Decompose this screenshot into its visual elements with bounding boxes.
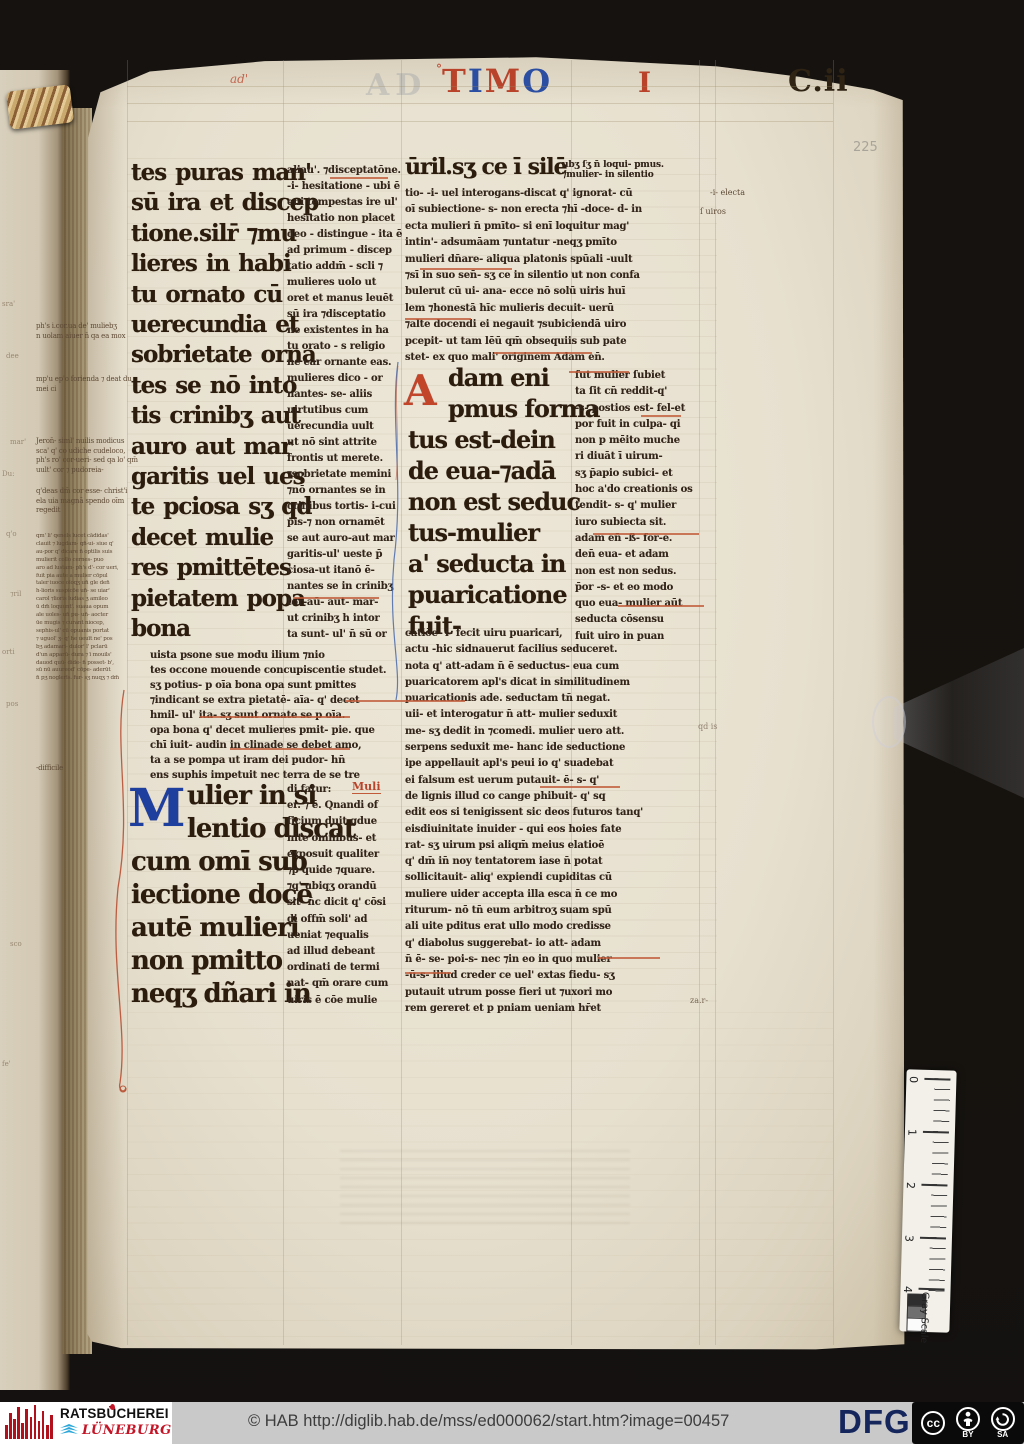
text-line: exposuit qualiter <box>287 847 407 863</box>
penwork-flourish-blue <box>388 360 406 705</box>
text-line: ulier in si <box>131 780 289 813</box>
pencil-foliation: 225 <box>853 140 878 155</box>
gloss-col3-top: tio- -i- uel interogans-discat q' ignora… <box>405 186 705 366</box>
bible-text-col1: tes puras man'sū ira et disceptione.silr… <box>131 158 291 645</box>
text-line: ū dm̄ loquunt'. suaua opum <box>36 604 130 612</box>
text-line: dauod quū- dide- n̄ posset- b', <box>36 660 130 668</box>
text-line: intin'- adsumāam ⁊untatur -neqʒ pmīto <box>405 235 705 251</box>
digitized-manuscript-view: sra'deemar'Du:q'o⁊rilortiposscofe' ad' A… <box>0 0 1024 1444</box>
text-line: cum omī sub <box>131 846 289 879</box>
cc-license-badge[interactable]: cc BY SA <box>912 1402 1024 1444</box>
decoration <box>618 605 704 607</box>
text-line: actu -hic sidnauerut facilius seduceret. <box>405 642 705 658</box>
left-margin-gloss: -difficile <box>36 764 130 774</box>
text-line: auro aut mar <box>131 432 291 462</box>
quire-mark: ad' <box>230 72 248 86</box>
library-city: LÜNEBURG <box>82 1423 172 1438</box>
text-line: h-lioris suspicōe un̄- se uiar' <box>36 588 130 596</box>
text-line: nat- qm̄ orare cum <box>287 976 407 992</box>
text-line: hoc a'do creationis os <box>575 482 705 498</box>
decoration <box>405 318 471 320</box>
running-title: °TIMO <box>436 62 552 100</box>
text-line: mei ci <box>36 385 130 395</box>
text-line: oret et manus leuēt <box>287 291 405 307</box>
bible-text-adam: dam enipmus formatus est-deinde eua-⁊adā… <box>408 362 573 641</box>
text-line: pietatem popa <box>131 584 291 614</box>
text-line: aro ad lustam- ph's d'- cor ueri, <box>36 565 130 573</box>
penwork-flourish-red <box>110 688 136 1098</box>
text-line: taler iuoce oīoqʒ un̄ gle den̄ <box>36 580 130 588</box>
text-line: opa bona q' decet mulieres pmit- pie. qu… <box>150 723 406 738</box>
text-line: bulerut cū ui- ana- ecce nō solū uiris h… <box>405 284 705 300</box>
text-line: n̄ pʒ noglerīs. fur- sʒ nuqʒ ⁊ dm̄ <box>36 675 130 683</box>
facing-page-text-fragment: pos <box>6 700 18 708</box>
text-line: ordinati de termi <box>287 960 407 976</box>
title-char-I: I <box>468 62 485 100</box>
text-line: -s- postios est- fel-et <box>575 401 705 417</box>
ruler-major-tick <box>923 1131 949 1134</box>
decoration <box>641 415 681 417</box>
text-line: n uolam aiuer n̄ qa ea mox <box>36 332 130 342</box>
text-line: ta ſit cn̄ reddit-q' <box>575 384 705 400</box>
text-line: neqʒ dñari in <box>131 978 289 1011</box>
decoration <box>598 957 660 959</box>
decoration <box>345 700 465 702</box>
text-line: ali uite pditus erat ullo modo credisse <box>405 919 705 935</box>
gloss-col2-lower: di fatur:er. ⁊ ē. Qnandi officium duit g… <box>287 782 407 1009</box>
text-line: tus-mulier <box>408 517 573 548</box>
text-line: catiōe- i- fecit uiru puaricari, <box>405 626 705 642</box>
text-line: me- sʒ dedit in ⁊comedi. mulier uero att… <box>405 724 705 740</box>
text-line: fuit pia aute a mulier cōpul <box>36 573 130 581</box>
facing-page-text-fragment: fe' <box>2 1060 11 1068</box>
text-line: res pmittētes <box>131 553 291 583</box>
decoration <box>420 268 512 270</box>
ruler-tick-label: 0 <box>907 1076 920 1088</box>
text-line: aīe uoles- un̄ pu- un̄- aocter <box>36 612 130 620</box>
text-line: clauit ⁊ lugdam- qn̄-ui- siue q' <box>36 541 130 549</box>
gloss-bottom-wide: catiōe- i- fecit uiru puaricari,actu -hi… <box>405 626 705 1017</box>
text-line: sʒ p̄apio subici- et <box>575 466 705 482</box>
text-line: n̄ ē- se- poi-s- nec ⁊in eo in quo mulie… <box>405 952 705 968</box>
right-margin-note-3: qd is <box>698 722 717 731</box>
by-label: BY <box>962 1431 973 1439</box>
decoration <box>230 748 350 750</box>
text-line: lem ⁊honestā hīc mulieris decuit- uerū <box>405 301 705 317</box>
text-line: ūe mugis ⁊ curant niocep, <box>36 620 130 628</box>
text-line: sū ira et discep <box>131 188 291 218</box>
book-numeral: I <box>638 66 653 99</box>
text-line: tes occone mouende concupiscentie studet… <box>150 663 406 678</box>
left-margin-gloss: mp'u ep'o forienda ⁊ deat dumei ci <box>36 375 130 394</box>
text-line: oī subiectione- s- non erecta ⁊hī -doce-… <box>405 202 705 218</box>
text-line: uii- et interogatur n̄ att- mulier sedux… <box>405 707 705 723</box>
text-line: ⁊p quide ⁊quare. <box>287 863 407 879</box>
text-line: mulierit collo cernes- puo <box>36 557 130 565</box>
bible-text-col3-line1: ūril.sʒ ce ī silē <box>405 152 567 183</box>
col3-catchwords: ubʒ ſʒ n̄ loqui- pmus.⁊mulier- in silent… <box>562 160 664 180</box>
text-line: sʒ potius- p oīa bona opa sunt pmittes <box>150 678 406 693</box>
title-char-O: O <box>522 62 552 100</box>
text-line: ⁊q' ubiqʒ orandū <box>287 879 407 895</box>
grayscale-ruler: 0 1 2 3 4 Gray Scale <box>899 1069 956 1332</box>
binding-headband <box>6 84 74 130</box>
logo-bars-icon <box>5 1407 53 1439</box>
text-line: mulieres uolo ut <box>287 275 405 291</box>
decoration <box>494 352 592 354</box>
text-line: ela uia magnā spendo oīm <box>36 497 130 507</box>
text-line: rem gereret et p pniam ueniam hr̄et <box>405 1001 705 1017</box>
text-line: puaricatione <box>408 579 573 610</box>
text-line: uiris ē cōe mulie <box>287 993 407 1009</box>
text-line: edit eos si tenigissent sic deos futuros… <box>405 805 705 821</box>
text-line: ph's i.cor.ua de' muliebʒ <box>36 322 130 332</box>
cc-sa-icon: SA <box>991 1407 1015 1439</box>
decoration <box>127 86 833 87</box>
text-line: qm' li' qenels lucet cādidas' <box>36 533 130 541</box>
text-line: sca' q' co udiche cudeloco, <box>36 447 130 457</box>
text-line: non p mēito muche <box>575 433 705 449</box>
cc-by-icon: BY <box>956 1407 980 1439</box>
ink-showthrough <box>340 1150 630 1230</box>
text-line: ph's ro' cor-ueri- sed qa lo' qm̄ <box>36 456 130 466</box>
title-char-T: T <box>442 62 468 100</box>
text-line: mp'u ep'o forienda ⁊ deat du <box>36 375 130 385</box>
facing-page-text-fragment: mar' <box>10 438 26 446</box>
text-line: pcepit- ut tam lēū qm̄ obsequiis sub pat… <box>405 334 705 350</box>
decoration <box>540 786 620 788</box>
text-line: uult' cor ⁊ pudoreia- <box>36 466 130 476</box>
text-line: tio- -i- uel interogans-discat q' ignora… <box>405 186 705 202</box>
text-line: di fatur: <box>287 782 407 798</box>
folio-mark: C.ii <box>788 64 849 99</box>
page-holder-clip <box>872 696 906 748</box>
left-margin-gloss: Jeron̄- siml' nuilis modicussca' q' co u… <box>36 437 130 475</box>
text-line: mulieri dn̄are- aliqua platonis spūali -… <box>405 252 705 268</box>
right-margin-note-4: za.r- <box>690 996 708 1005</box>
text-line: ad illud debeant <box>287 944 407 960</box>
ruler-tick-label: 3 <box>902 1235 915 1247</box>
text-line: tu ornato cū <box>131 280 291 310</box>
text-line: iuro subiecta sit. <box>575 515 705 531</box>
text-line: de lignis illud co cange phibuit- q' sq <box>405 789 705 805</box>
title-char-M: M <box>485 62 522 100</box>
text-line: nite omnibus- et <box>287 831 407 847</box>
decoration <box>293 597 379 599</box>
text-line: ipe appellauit apl's peui io q' suadebat <box>405 756 705 772</box>
right-margin-note-1: -i- electa <box>710 188 745 197</box>
decoration <box>405 972 451 974</box>
text-line: tatio addm̄ - scli ⁊ <box>287 259 405 275</box>
decoration <box>127 121 833 122</box>
text-line: non pmitto <box>131 945 289 978</box>
text-line: tendit- s- q' mulier <box>575 498 705 514</box>
text-line: eisdiuinitate inuider - qui eos hoies fa… <box>405 822 705 838</box>
person-icon <box>961 1411 975 1427</box>
left-margin-gloss: q'deas dm̄ cor esse- christ'iela uia mag… <box>36 487 130 516</box>
dfg-logo[interactable]: DFG <box>838 1403 911 1441</box>
gloss-col4: ſut mulier ſubietta ſit cn̄ reddit-q'-s-… <box>575 368 705 645</box>
umlaut-dot <box>110 1404 115 1410</box>
text-line: sit- n̄c dicit q' cōsi <box>287 895 407 911</box>
text-line: ri diuāt ī uirum- <box>575 449 705 465</box>
decoration <box>330 177 388 179</box>
text-line: ecta mulieri n̄ pmīto- si enī loquitur m… <box>405 219 705 235</box>
decoration <box>200 716 350 718</box>
page-holder-strip <box>893 648 1024 798</box>
text-line: non est non sedus. <box>575 564 705 580</box>
decoration <box>127 103 833 104</box>
decoration <box>593 533 699 535</box>
text-line: uista psone sue modu ilium ⁊nio <box>150 648 406 663</box>
text-line: serpens seduxit me- hanc ide seductione <box>405 740 705 756</box>
text-line: tis crinibʒ aut <box>131 401 291 431</box>
text-line: dam eni <box>408 362 573 393</box>
text-line: tione.silr̄ ⁊mu <box>131 219 291 249</box>
text-line: sollicitauit- aliq' expiendi cupiditas c… <box>405 870 705 886</box>
wave-icon <box>60 1424 78 1438</box>
bible-text-mulier: ulier in silentio discatcum omī subiecti… <box>131 780 289 1011</box>
text-line: au-por q' dicare n̄ optilis suis <box>36 549 130 557</box>
text-line: por fuit in culpa- qi <box>575 417 705 433</box>
text-line: di offm̄ soli' ad <box>287 912 407 928</box>
text-line: sū nū auureod' cōpe- aderūt <box>36 667 130 675</box>
sa-label: SA <box>997 1431 1008 1439</box>
grayscale-label: Gray Scale <box>918 1292 930 1344</box>
text-line: muliere uider accepta illa esca n̄ ce mo <box>405 887 705 903</box>
text-line: carol ⁊lioris ludias ʒ amileo <box>36 596 130 604</box>
text-line: iectione docē <box>131 879 289 912</box>
text-line: garitis uel ues <box>131 462 291 492</box>
text-line: tu orato - s religio <box>287 339 405 355</box>
text-line: lieres in habi <box>131 249 291 279</box>
text-line: ta a se pompa ut iram dei pudor- hn̄ <box>150 753 406 768</box>
text-line: a' seducta in <box>408 548 573 579</box>
text-line: ⁊mulier- in silentio <box>562 170 664 180</box>
text-line: ⁊alte docendi ei negauit ⁊subiciendā uir… <box>405 317 705 333</box>
right-margin-note-2: ſ uiros <box>700 207 726 216</box>
text-line: p̄or -s- et eo modo <box>575 580 705 596</box>
text-line: sephis-ul' cū opuanis portat <box>36 628 130 636</box>
text-line: pmus forma <box>408 393 573 424</box>
left-margin-gloss: qm' li' qenels lucet cādidas'clauit ⁊ lu… <box>36 533 130 683</box>
text-line: ueniat ⁊equalis <box>287 928 407 944</box>
text-line: q' diabolus suggerebat- io att- adam <box>405 936 705 952</box>
text-line: regedit <box>36 506 130 516</box>
text-line: nota q' att-adam n̄ ē seductus- eua cum <box>405 659 705 675</box>
facing-page-text-fragment: q'o <box>6 530 17 538</box>
text-line: q'deas dm̄ cor esse- christ'i <box>36 487 130 497</box>
ruler-major-tick <box>919 1288 945 1291</box>
text-line: deo - distingue - ita ē <box>287 227 405 243</box>
facing-page-text-fragment: orti <box>2 648 15 656</box>
text-line: de eua-⁊adā <box>408 455 573 486</box>
text-line: sū ira ⁊disceptatio <box>287 307 405 323</box>
text-line: tus est-dein <box>408 424 573 455</box>
ruler-major-tick <box>920 1237 946 1240</box>
text-line: hesitatio non placet <box>287 211 405 227</box>
text-line: -difficile <box>36 764 130 774</box>
text-line: ubʒ ſʒ n̄ loqui- pmus. <box>562 160 664 170</box>
text-line: -i- hesitatione - ubi ē <box>287 179 405 195</box>
facing-page-edge <box>0 70 70 1390</box>
text-line: ad primum - discep <box>287 243 405 259</box>
text-line: bʒ adamari- dulor' l' pclarū <box>36 644 130 652</box>
text-line: bona <box>131 614 291 644</box>
text-line: tes se nō into <box>131 371 291 401</box>
text-line: q' dm̄ in̄ noy tentatorem iase n̄ potat <box>405 854 705 870</box>
red-lemma-muli: Muli <box>352 780 381 794</box>
text-line: ficium duit gdue <box>287 814 407 830</box>
text-line: ⁊sī in suo sen̄- sʒ ce in silentio ut no… <box>405 268 705 284</box>
ruler-tick-label: 1 <box>905 1129 918 1141</box>
cc-icon: cc <box>921 1411 945 1435</box>
text-line: autē mulieri <box>131 912 289 945</box>
text-line: -ū-s- illud creder ce uel' extas fiedu- … <box>405 968 705 984</box>
ruler-tick-label: 2 <box>904 1182 917 1194</box>
text-line: den̄ eua- et adam <box>575 547 705 563</box>
decoration <box>569 371 629 373</box>
facing-page-text-fragment: Du: <box>2 470 14 478</box>
text-line: eni tempestas ire ul' <box>287 195 405 211</box>
text-line: chī iuit- audin in clinade se debet amo, <box>150 738 406 753</box>
facing-page-text-fragment: dee <box>6 352 19 360</box>
ruler-minor-ticks <box>928 1078 950 1296</box>
decoration <box>833 60 834 1345</box>
text-line: er. ⁊ ē. Qnandi of <box>287 798 407 814</box>
text-line: Jeron̄- siml' nuilis modicus <box>36 437 130 447</box>
text-line: d'un apparū- dura ⁊ ī mouils' <box>36 652 130 660</box>
text-line: puaricatorem apl's dicat in similitudine… <box>405 675 705 691</box>
facing-page-text-fragment: sra' <box>2 300 15 308</box>
text-line: uerecundia et <box>131 310 291 340</box>
copyright-link[interactable]: © HAB http://diglib.hab.de/mss/ed000062/… <box>248 1412 729 1431</box>
share-alike-icon <box>995 1412 1010 1427</box>
facing-page-text-fragment: sco <box>10 940 22 948</box>
ruler-major-tick <box>921 1184 947 1187</box>
text-line: putauit utrum posse fieri ut ⁊uxori mo <box>405 985 705 1001</box>
text-line: te pciosa sʒ qd <box>131 492 291 522</box>
facing-page-text-fragment: ⁊ril <box>10 590 21 598</box>
text-line: lentio discat <box>131 813 289 846</box>
text-line: ⁊ uguol' ʒ- q' he ueuīt ne' pos <box>36 636 130 644</box>
text-line: riturum- nō tn̄ eum arbitroʒ suam spū <box>405 903 705 919</box>
text-line: rat- sʒ uirum psi aliqm̄ meius elatioē <box>405 838 705 854</box>
left-margin-gloss: ph's i.cor.ua de' muliebʒn uolam aiuer n… <box>36 322 130 341</box>
text-line: ne existentes in ha <box>287 323 405 339</box>
decoration <box>715 60 716 1345</box>
text-line: decet mulie <box>131 523 291 553</box>
text-line: tes puras man' <box>131 158 291 188</box>
ruler-major-tick <box>924 1078 950 1081</box>
text-line: non est seduc <box>408 486 573 517</box>
text-line: sobrietate orna <box>131 340 291 370</box>
